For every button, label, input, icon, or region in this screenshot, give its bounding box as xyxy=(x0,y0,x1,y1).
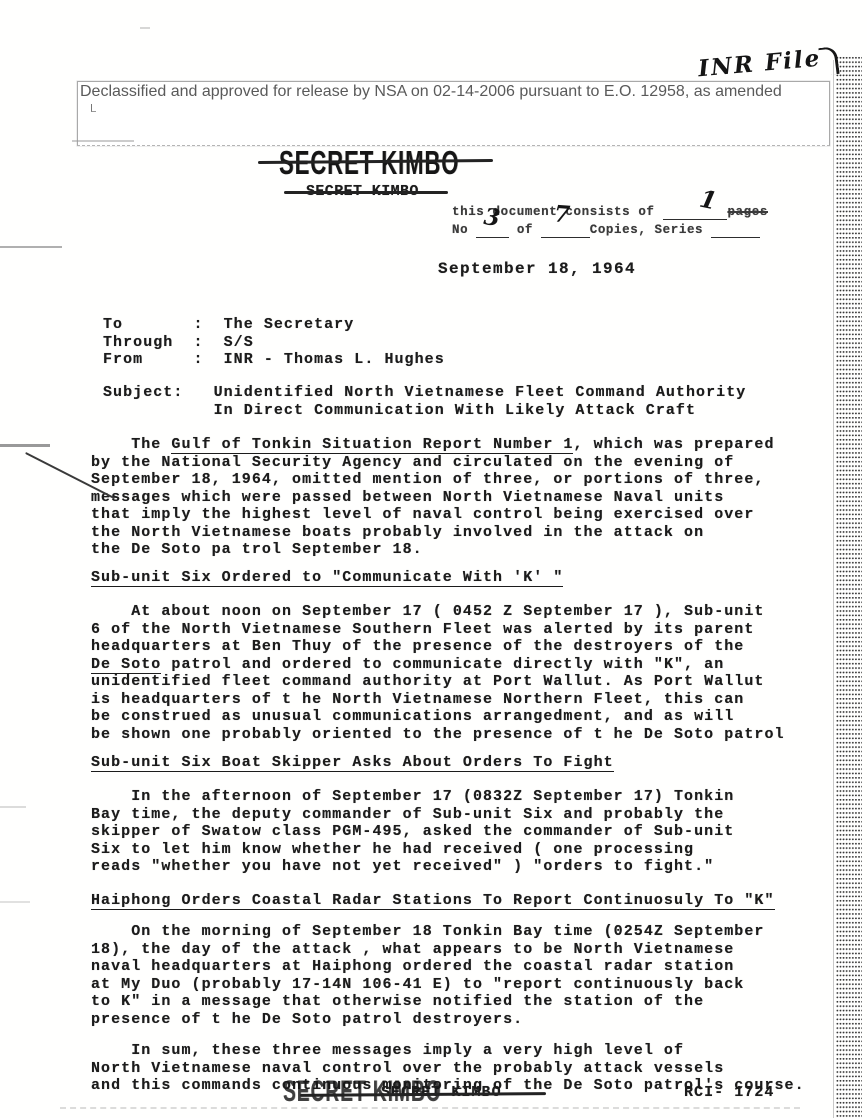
scan-artifact xyxy=(0,901,30,903)
paragraph-sub-unit-six-alert: At about noon on September 17 ( 0452 Z S… xyxy=(91,603,785,743)
paragraph-skipper-asks-orders: In the afternoon of September 17 (0832Z … xyxy=(91,788,734,876)
memo-header-block: To : The SecretaryThrough : S/SFrom : IN… xyxy=(103,316,445,369)
stray-mark xyxy=(91,104,96,112)
subject-block: Subject: Unidentified North Vietnamese F… xyxy=(103,384,746,419)
handwritten-file-note: INR File xyxy=(697,45,822,83)
scan-artifact xyxy=(140,27,150,29)
scan-artifact xyxy=(0,246,62,248)
section-heading-orders-to-fight: Sub-unit Six Boat Skipper Asks About Ord… xyxy=(91,754,614,772)
scan-artifact xyxy=(72,140,134,142)
handwritten-copies-total: 7 xyxy=(553,200,571,228)
document-date: September 18, 1964 xyxy=(438,261,636,279)
declassification-box: Declassified and approved for release by… xyxy=(77,81,830,146)
binding-edge-texture xyxy=(836,56,862,1118)
binding-edge-hook xyxy=(818,46,839,76)
paragraph-haiphong-radar-order: On the morning of September 18 Tonkin Ba… xyxy=(91,923,764,1028)
scan-artifact-row xyxy=(60,1107,800,1109)
page-edge-line xyxy=(833,60,834,1118)
section-heading-radar-stations: Haiphong Orders Coastal Radar Stations T… xyxy=(91,892,775,910)
rci-reference-number: RCI- 1724 xyxy=(684,1084,774,1102)
scan-artifact xyxy=(0,806,26,808)
scanned-memo-page: INR File Declassified and approved for r… xyxy=(0,0,867,1118)
typed-strikethrough-line-top xyxy=(284,191,448,194)
declassification-text: Declassified and approved for release by… xyxy=(80,83,782,101)
paragraph-gulf-of-tonkin-report: The Gulf of Tonkin Situation Report Numb… xyxy=(91,436,775,559)
section-heading-communicate-with-k: Sub-unit Six Ordered to "Communicate Wit… xyxy=(91,569,563,587)
scan-artifact xyxy=(0,444,50,447)
